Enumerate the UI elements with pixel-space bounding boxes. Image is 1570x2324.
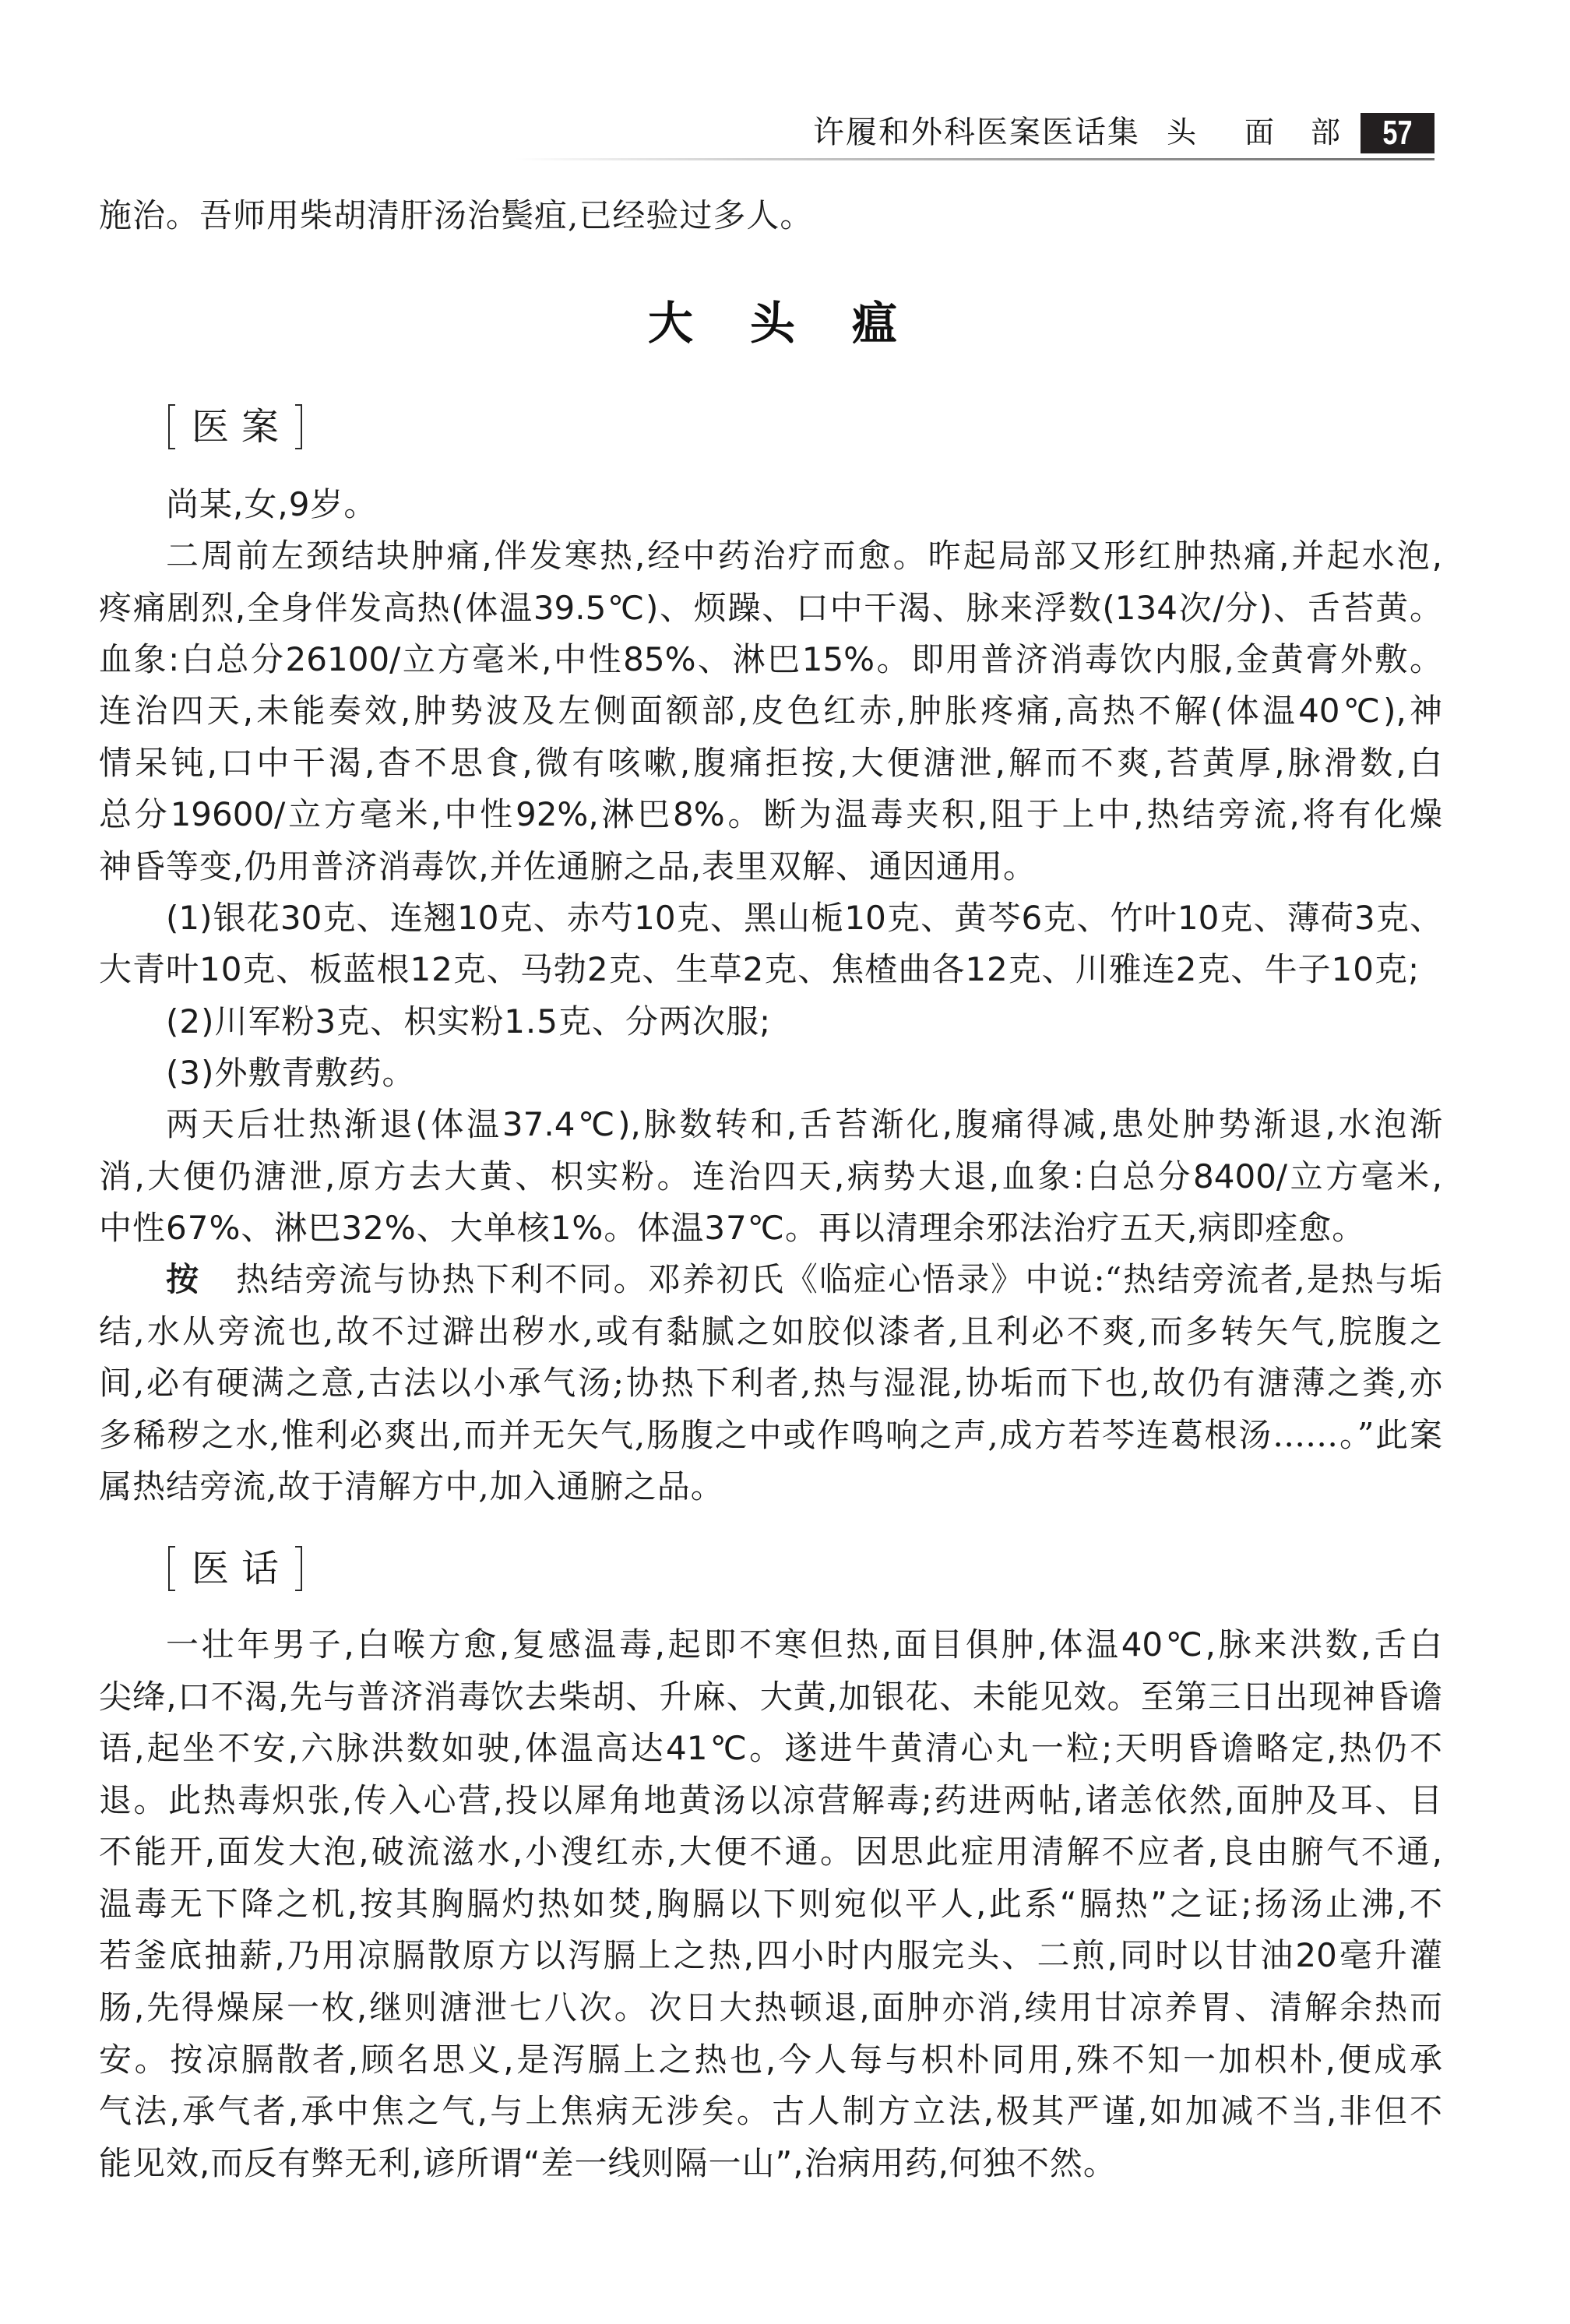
text-line: 总分19600/立方毫米,中性92%,淋巴8%。断为温毒夹积,阻于上中,热结旁流… bbox=[99, 789, 1442, 840]
continuation-line: 施治。吾师用柴胡清肝汤治鬓疽,已经验过多人。 bbox=[99, 190, 1442, 241]
running-header-book-title: 许履和外科医案医话集 bbox=[813, 111, 1140, 153]
text-line: 安。按凉膈散者,顾名思义,是泻膈上之热也,今人每与枳朴同用,殊不知一加枳朴,便成… bbox=[99, 2034, 1442, 2086]
running-header-section-char: 部 bbox=[1311, 111, 1340, 153]
header-rule bbox=[514, 158, 1434, 160]
page-title: 大 头 瘟 bbox=[648, 291, 897, 347]
section-label-text: 医话 bbox=[192, 1546, 279, 1591]
commentary-marker: 按 bbox=[166, 1254, 200, 1305]
text-line: 两天后壮热渐退(体温37.4℃),脉数转和,舌苔渐化,腹痛得减,患处肿势渐退,水… bbox=[99, 1099, 1442, 1150]
prescription-line: (2)川军粉3克、枳实粉1.5克、分两次服; bbox=[99, 996, 1442, 1048]
title-char: 头 bbox=[750, 287, 795, 352]
prescription-line: (3)外敷青敷药。 bbox=[99, 1048, 1442, 1099]
prescription-line: (1)银花30克、连翘10克、赤芍10克、黑山栀10克、黄芩6克、竹叶10克、薄… bbox=[99, 893, 1442, 944]
commentary-first-line: 按 热结旁流与协热下利不同。邓养初氏《临症心悟录》中说:“热结旁流者,是热与垢 bbox=[99, 1254, 1442, 1305]
left-bracket bbox=[168, 1546, 175, 1591]
section-label-case: 医案 bbox=[168, 404, 302, 449]
text-line: 神昏等变,仍用普济消毒饮,并佐通腑之品,表里双解、通因通用。 bbox=[99, 841, 1442, 893]
text-line: 尚某,女,9岁。 bbox=[99, 479, 1442, 530]
text-line: 中性67%、淋巴32%、大单核1%。体温37℃。再以清理余邪法治疗五天,病即痊愈… bbox=[99, 1202, 1442, 1254]
commentary-line: 间,必有硬满之意,古法以小承气汤;协热下利者,热与湿混,协垢而下也,故仍有溏薄之… bbox=[99, 1357, 1442, 1409]
text-line: 能见效,而反有弊无利,谚所谓“差一线则隔一山”,治病用药,何独不然。 bbox=[99, 2138, 1442, 2189]
text-line: 语,起坐不安,六脉洪数如驶,体温高达41℃。遂进牛黄清心丸一粒;天明昏谵略定,热… bbox=[99, 1723, 1442, 1774]
text-line: 消,大便仍溏泄,原方去大黄、枳实粉。连治四天,病势大退,血象:白总分8400/立… bbox=[99, 1151, 1442, 1202]
text-line: 退。此热毒炽张,传入心营,投以犀角地黄汤以凉营解毒;药进两帖,诸恙依然,面肿及耳… bbox=[99, 1775, 1442, 1826]
book-page: 许履和外科医案医话集 头 面 部 57 施治。吾师用柴胡清肝汤治鬓疽,已经验过多… bbox=[0, 0, 1570, 2324]
text-line: 一壮年男子,白喉方愈,复感温毒,起即不寒但热,面目俱肿,体温40℃,脉来洪数,舌… bbox=[99, 1619, 1442, 1671]
right-bracket bbox=[295, 404, 302, 449]
commentary-line: 属热结旁流,故于清解方中,加入通腑之品。 bbox=[99, 1461, 1442, 1512]
text-line: 疼痛剧烈,全身伴发高热(体温39.5℃)、烦躁、口中干渴、脉来浮数(134次/分… bbox=[99, 583, 1442, 634]
running-header-section-char: 面 bbox=[1244, 111, 1274, 153]
section-label-discourse: 医话 bbox=[168, 1546, 302, 1591]
text-line: 二周前左颈结块肿痛,伴发寒热,经中药治疗而愈。昨起局部又形红肿热痛,并起水泡, bbox=[99, 530, 1442, 582]
text-line: 不能开,面发大泡,破流滋水,小溲红赤,大便不通。因思此症用清解不应者,良由腑气不… bbox=[99, 1826, 1442, 1878]
page-number-badge: 57 bbox=[1361, 113, 1434, 153]
text-line: 肠,先得燥屎一枚,继则溏泄七八次。次日大热顿退,面肿亦消,续用甘凉养胃、清解余热… bbox=[99, 1982, 1442, 2033]
title-char: 瘟 bbox=[852, 287, 897, 352]
right-bracket bbox=[295, 1546, 302, 1591]
text-line: 尖绛,口不渴,先与普济消毒饮去柴胡、升麻、大黄,加银花、未能见效。至第三日出现神… bbox=[99, 1671, 1442, 1723]
text-line: 若釜底抽薪,乃用凉膈散原方以泻膈上之热,四小时内服完头、二煎,同时以甘油20毫升… bbox=[99, 1930, 1442, 1981]
commentary-line: 多稀秽之水,惟利必爽出,而并无矢气,肠腹之中或作鸣响之声,成方若芩连葛根汤……。… bbox=[99, 1410, 1442, 1461]
commentary-text: 热结旁流与协热下利不同。邓养初氏《临症心悟录》中说:“热结旁流者,是热与垢 bbox=[236, 1254, 1442, 1305]
left-bracket bbox=[168, 404, 175, 449]
prescription-line: 大青叶10克、板蓝根12克、马勃2克、生草2克、焦楂曲各12克、川雅连2克、牛子… bbox=[99, 944, 1442, 995]
text-line: 血象:白总分26100/立方毫米,中性85%、淋巴15%。即用普济消毒饮内服,金… bbox=[99, 634, 1442, 685]
section-label-text: 医案 bbox=[192, 404, 279, 449]
running-header-section-char: 头 bbox=[1167, 111, 1196, 153]
text-line: 温毒无下降之机,按其胸膈灼热如焚,胸膈以下则宛似平人,此系“膈热”之证;扬汤止沸… bbox=[99, 1879, 1442, 1930]
text-line: 气法,承气者,承中焦之气,与上焦病无涉矣。古人制方立法,极其严谨,如加减不当,非… bbox=[99, 2086, 1442, 2137]
commentary-line: 结,水从旁流也,故不过澼出秽水,或有黏腻之如胶似漆者,且利必不爽,而多转矢气,脘… bbox=[99, 1306, 1442, 1357]
title-char: 大 bbox=[648, 287, 693, 352]
page-number: 57 bbox=[1382, 113, 1412, 153]
text-line: 情呆钝,口中干渴,杳不思食,微有咳嗽,腹痛拒按,大便溏泄,解而不爽,苔黄厚,脉滑… bbox=[99, 738, 1442, 789]
text-line: 连治四天,未能奏效,肿势波及左侧面额部,皮色红赤,肿胀疼痛,高热不解(体温40℃… bbox=[99, 685, 1442, 737]
